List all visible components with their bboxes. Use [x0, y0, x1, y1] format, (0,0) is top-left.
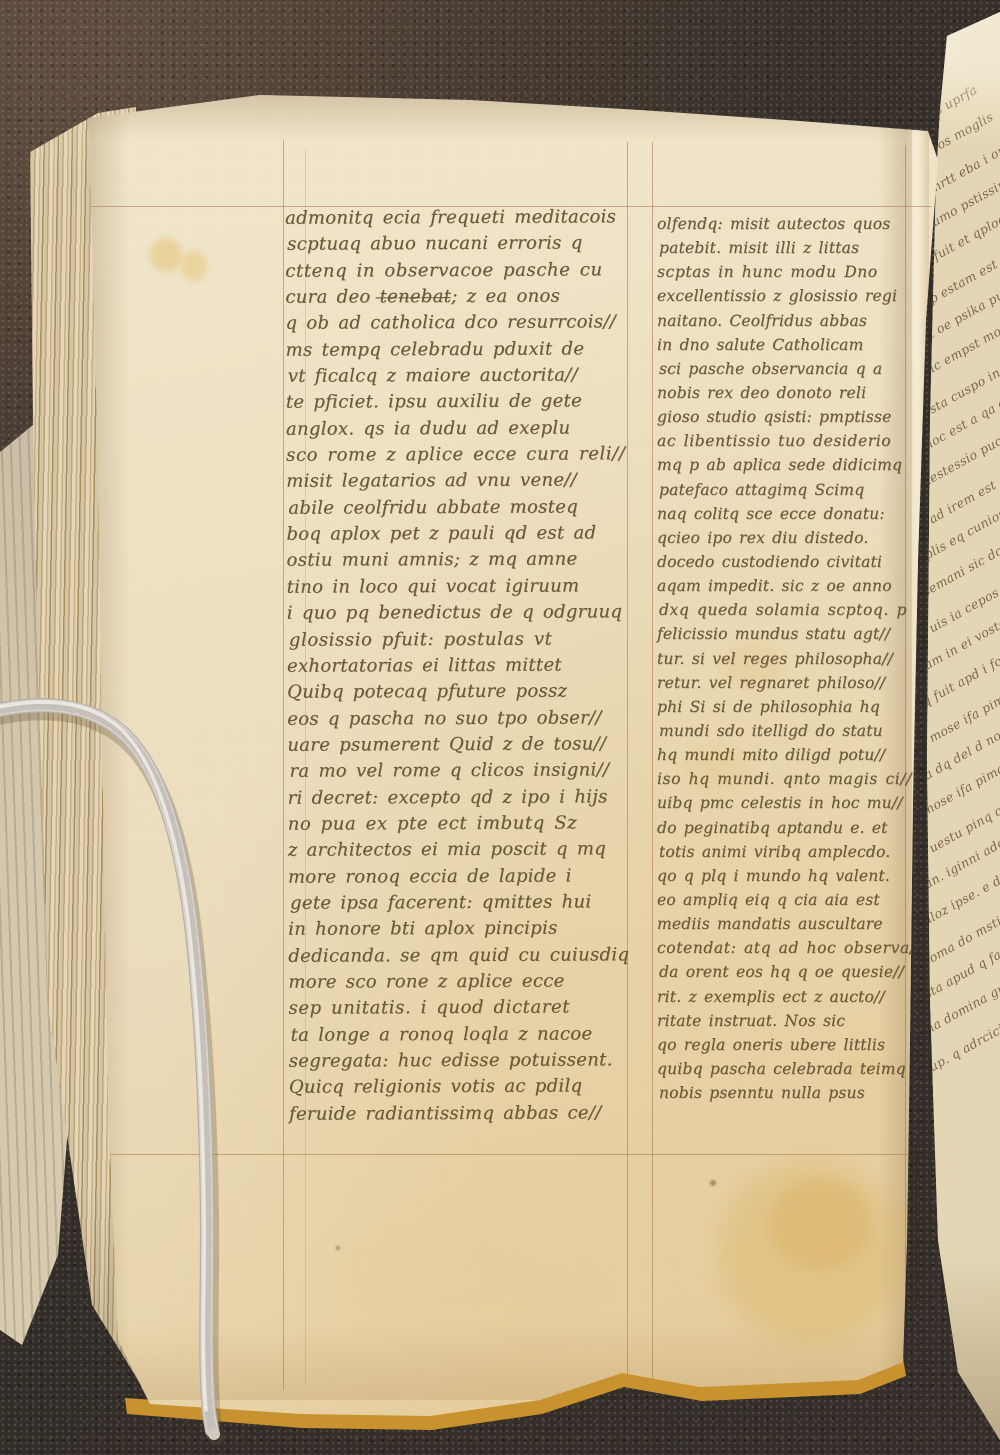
- bookmark-cord: [0, 0, 1000, 1455]
- cord-body: [0, 705, 212, 1430]
- cord-shadow: [0, 712, 216, 1437]
- cord-outline: [0, 705, 212, 1430]
- manuscript-photo: ms uprfaq los moglismrtt eba i omishumo …: [0, 0, 1000, 1455]
- cord-braid-texture: [0, 705, 212, 1430]
- cord-tip: [208, 1428, 220, 1440]
